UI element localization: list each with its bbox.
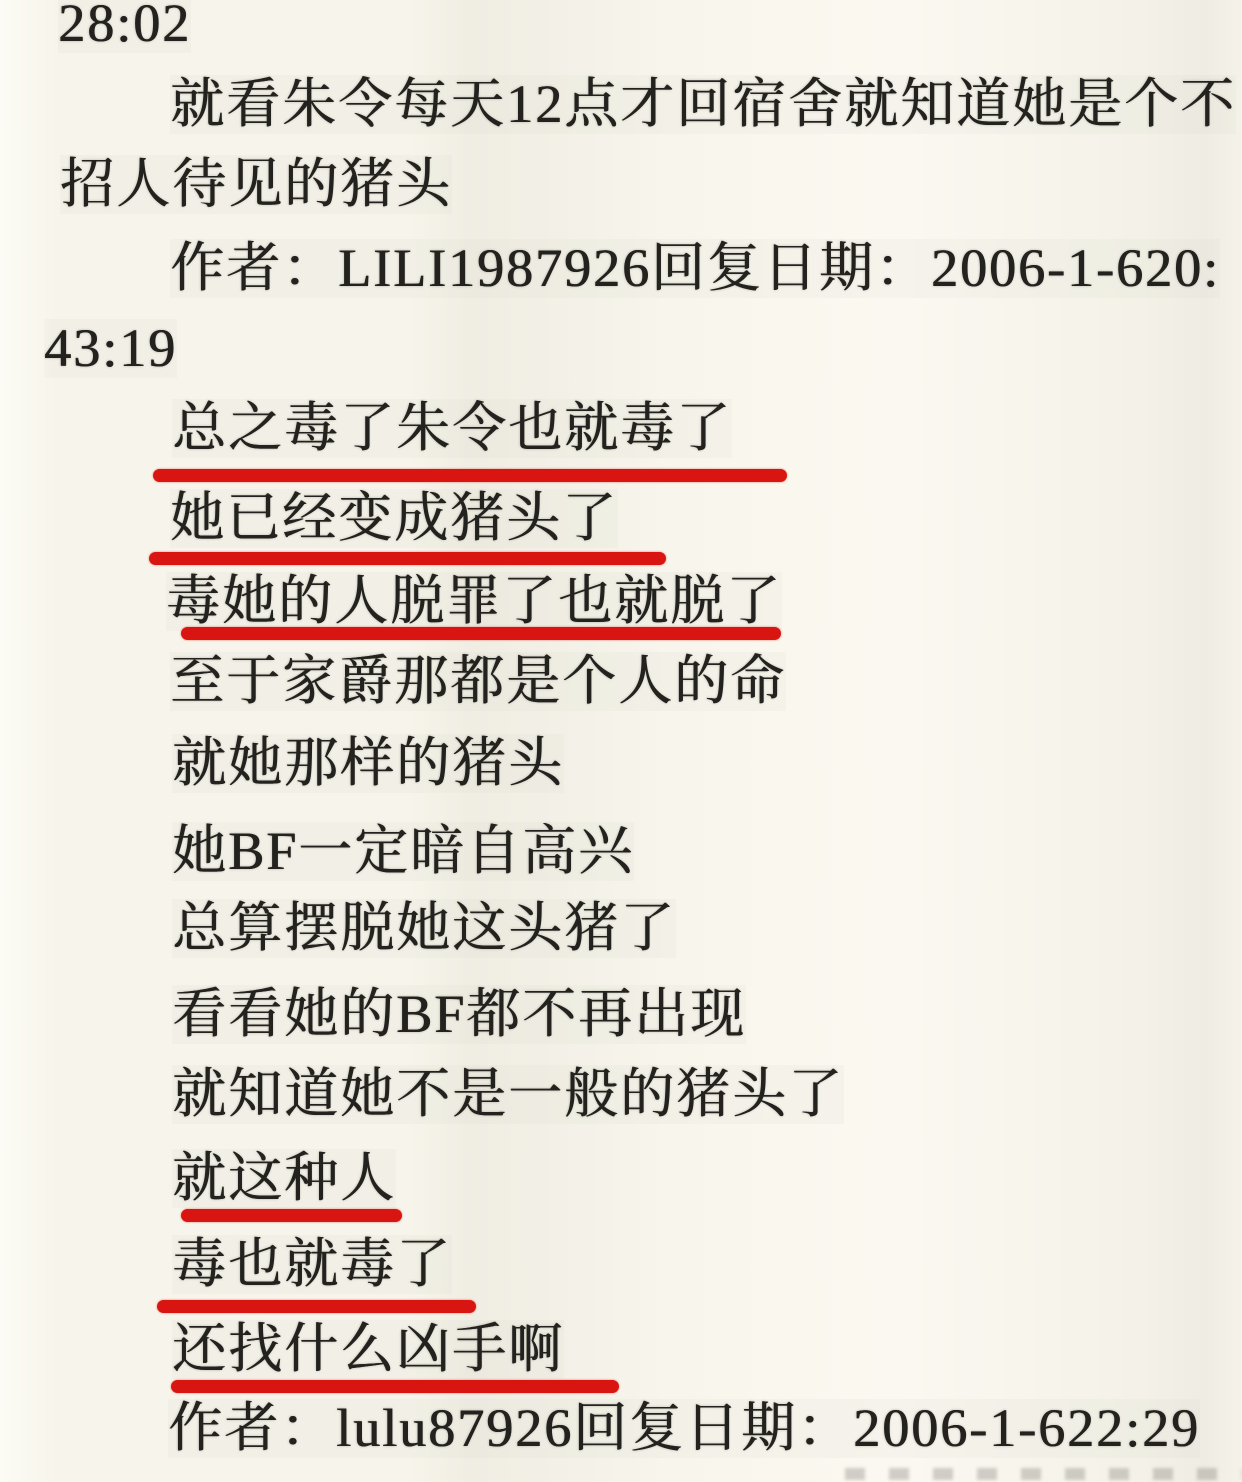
timestamp-wrap-fragment: 28:02 [58,0,191,53]
post-body-line: 就她那样的猪头 [172,734,564,793]
post-body-line-underlined: 就这种人 [172,1149,396,1208]
post-body-line: 至于家爵那都是个人的命 [170,652,786,711]
post-body-line-underlined: 她已经变成猪头了 [170,489,618,548]
post-body-line-underlined: 毒她的人脱罪了也就脱了 [166,572,782,631]
post-body-line: 看看她的BF都不再出现 [172,985,746,1044]
scanned-post-page: 28:02 就看朱令每天12点才回宿舍就知道她是个不 招人待见的猪头 作者：LI… [0,0,1242,1482]
reply-author-date-line: 作者：lulu87926回复日期：2006-1-622:29 [168,1399,1200,1458]
red-underline [157,1300,476,1313]
red-underline [181,627,781,640]
timestamp-wrap-fragment: 43:19 [44,319,177,378]
post-body-line-underlined: 还找什么凶手啊 [172,1320,564,1379]
red-underline [153,469,787,482]
post-body-line: 总算摆脱她这头猪了 [172,899,676,958]
post-body-line-underlined: 毒也就毒了 [172,1235,452,1294]
post-body-line: 她BF一定暗自高兴 [172,822,634,881]
post-body-line-underlined: 总之毒了朱令也就毒了 [172,399,732,458]
cropped-next-line-artifact [845,1468,1242,1480]
post-body-line: 招人待见的猪头 [60,155,452,214]
reply-author-date-line: 作者：LILI1987926回复日期：2006-1-620: [170,239,1220,298]
red-underline [171,1380,619,1393]
red-underline [149,552,666,565]
post-body-line: 就知道她不是一般的猪头了 [172,1065,844,1124]
post-body-line: 就看朱令每天12点才回宿舍就知道她是个不 [170,75,1236,134]
red-underline [181,1209,402,1222]
